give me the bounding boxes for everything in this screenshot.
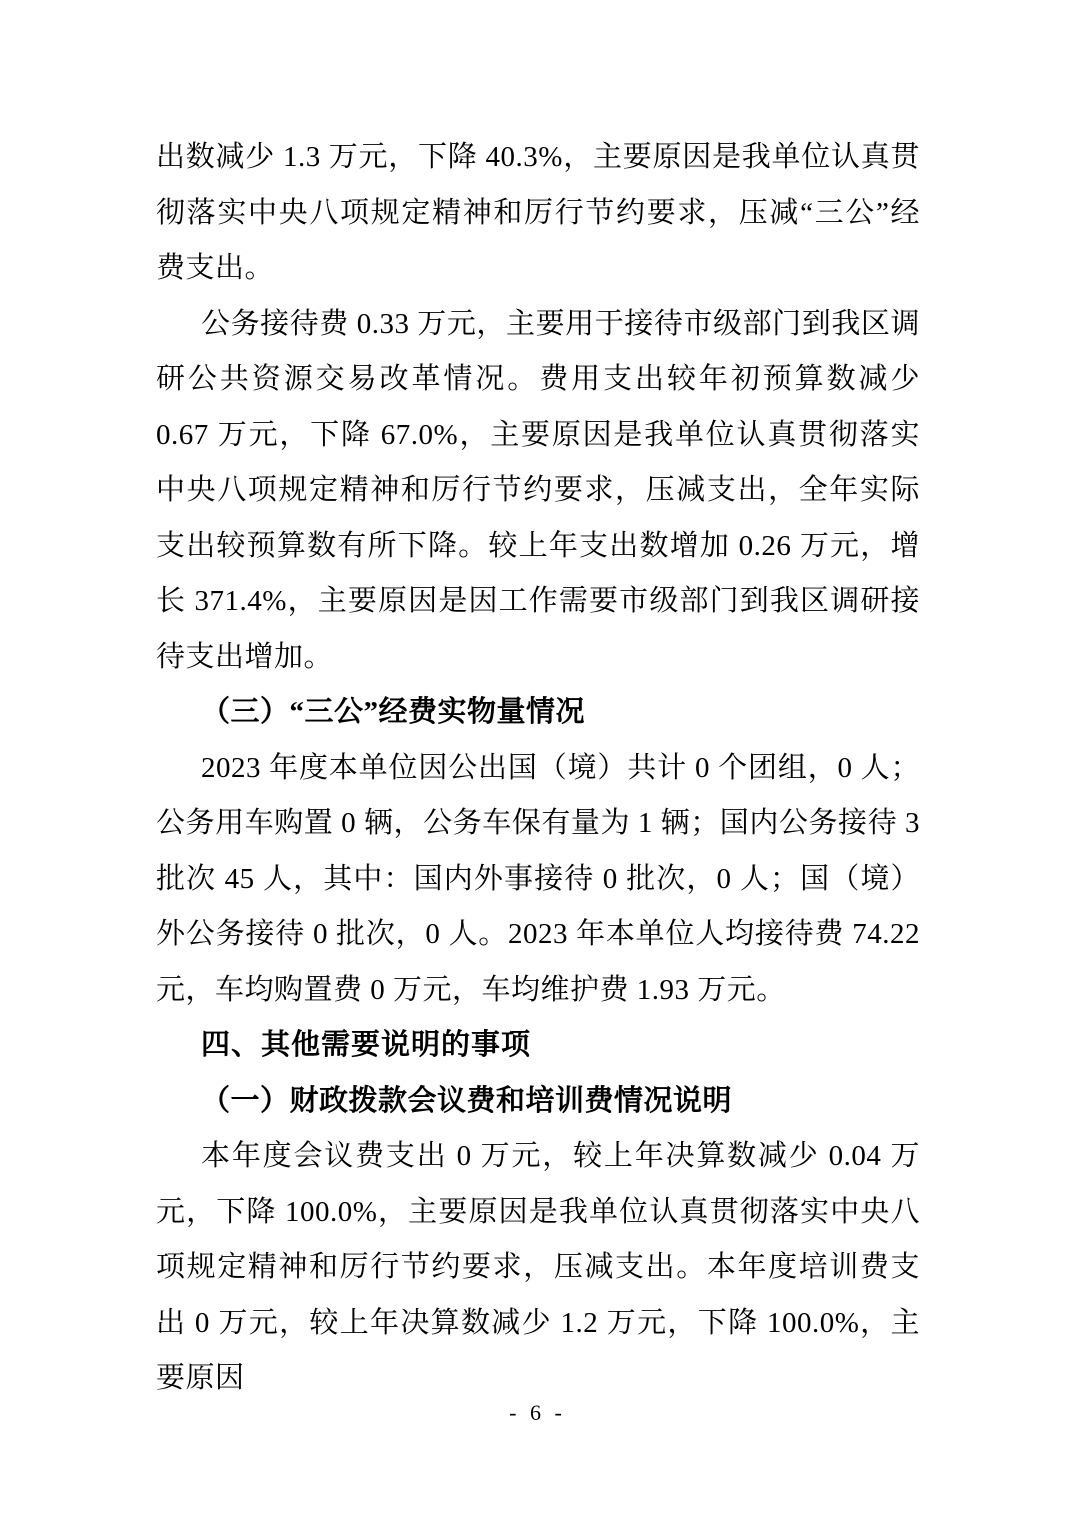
body-paragraph: 2023 年度本单位因公出国（境）共计 0 个团组，0 人；公务用车购置 0 辆… — [156, 741, 920, 1019]
document-page: 出数减少 1.3 万元，下降 40.3%，主要原因是我单位认真贯彻落实中央八项规… — [0, 0, 1075, 1520]
page-number: - 6 - — [0, 1400, 1075, 1426]
body-paragraph: 本年度会议费支出 0 万元，较上年决算数减少 0.04 万元，下降 100.0%… — [156, 1129, 920, 1407]
chapter-heading: 四、其他需要说明的事项 — [156, 1018, 920, 1074]
section-heading: （三）“三公”经费实物量情况 — [156, 685, 920, 741]
document-body: 出数减少 1.3 万元，下降 40.3%，主要原因是我单位认真贯彻落实中央八项规… — [156, 130, 920, 1407]
section-heading: （一）财政拨款会议费和培训费情况说明 — [156, 1074, 920, 1130]
body-paragraph: 出数减少 1.3 万元，下降 40.3%，主要原因是我单位认真贯彻落实中央八项规… — [156, 130, 920, 297]
body-paragraph: 公务接待费 0.33 万元，主要用于接待市级部门到我区调研公共资源交易改革情况。… — [156, 297, 920, 686]
